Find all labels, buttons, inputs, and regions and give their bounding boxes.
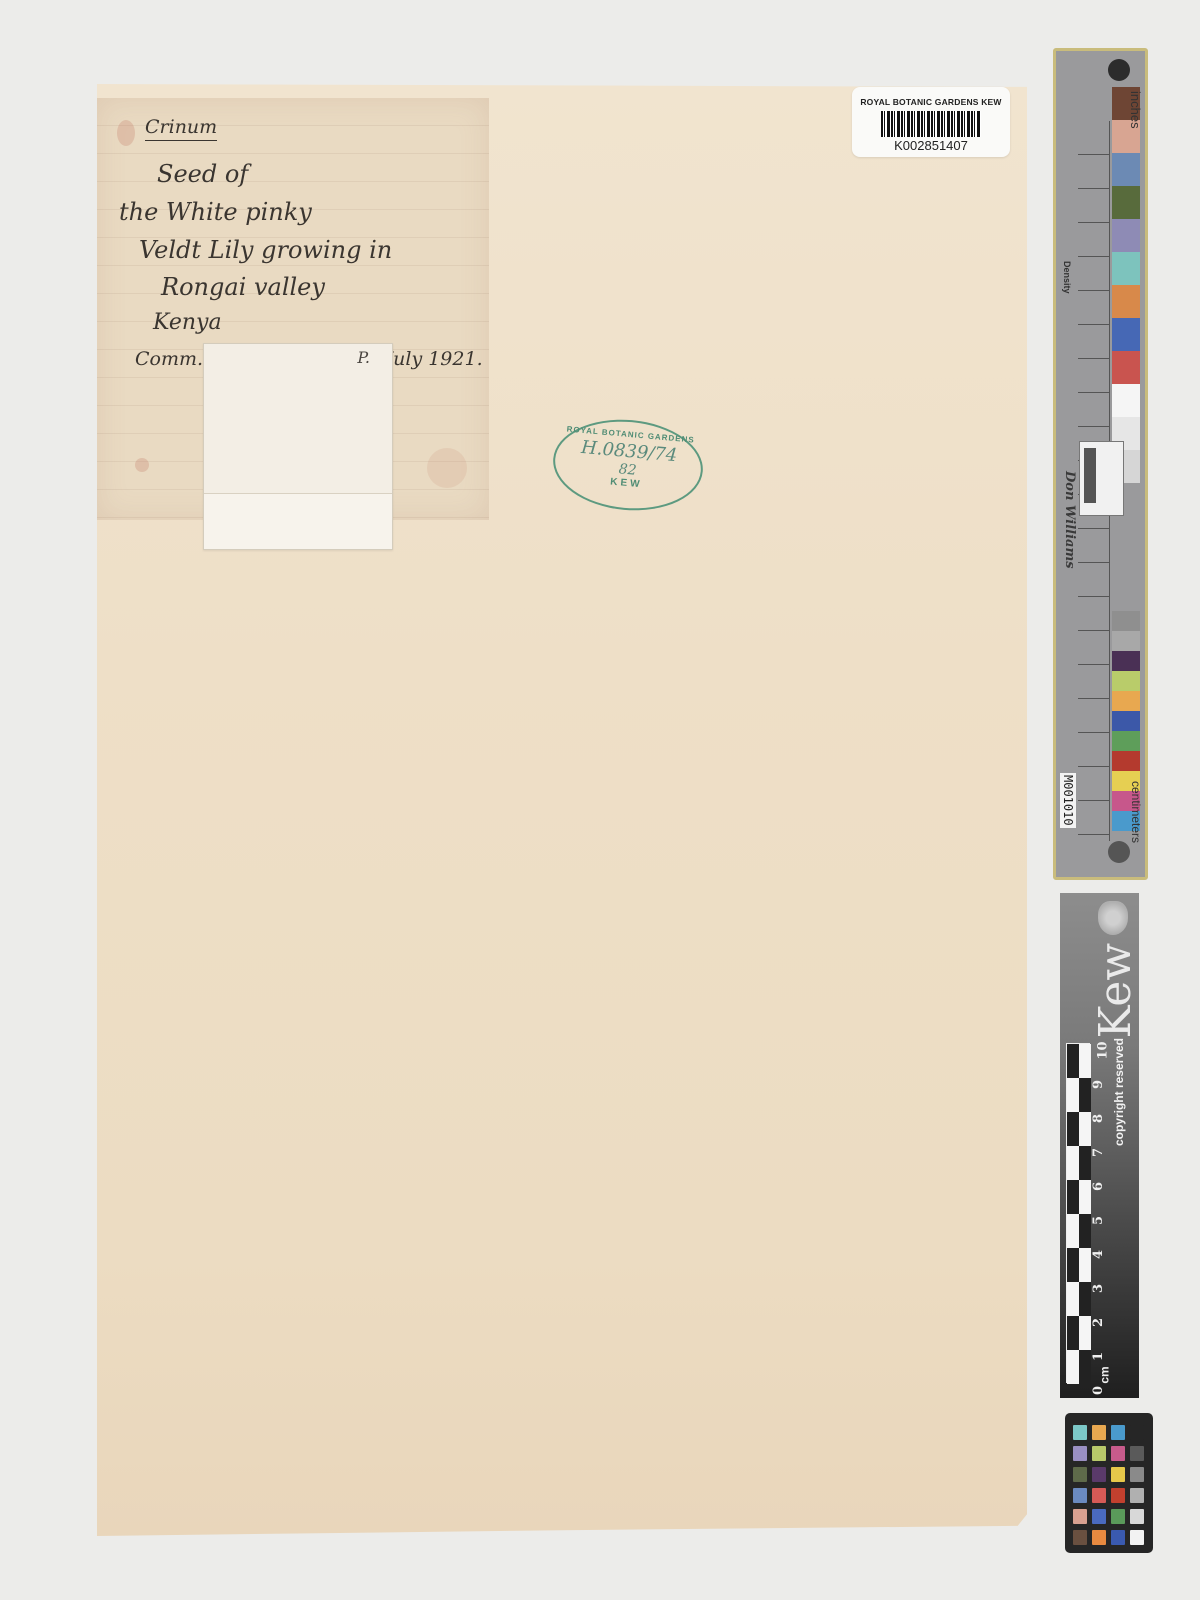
color-patch (1092, 1509, 1106, 1524)
ruler-hole-icon (1108, 59, 1130, 81)
color-swatch (1112, 631, 1140, 651)
color-patch (1092, 1488, 1106, 1503)
color-patch (1073, 1446, 1087, 1461)
scale-cell (1067, 1112, 1079, 1146)
scale-tick-label: 1 (1091, 1352, 1106, 1361)
kew-scale-bar: Kew copyright reserved 012345678910 cm (1060, 893, 1139, 1398)
scale-cell (1067, 1180, 1079, 1214)
scale-tick-labels: 012345678910 (1094, 1043, 1112, 1388)
packet-mark: P. (357, 348, 370, 367)
note-genus: Crinum (145, 116, 217, 141)
scale-cell (1067, 1282, 1079, 1316)
color-swatch (1112, 731, 1140, 751)
color-patch (1130, 1488, 1144, 1503)
top-color-swatches (1112, 87, 1140, 483)
color-patch (1073, 1488, 1087, 1503)
scale-tick-label: 10 (1096, 1041, 1111, 1059)
scale-cell (1079, 1282, 1091, 1316)
color-patch (1111, 1467, 1125, 1482)
color-patch (1130, 1446, 1144, 1461)
color-swatch (1112, 252, 1140, 285)
scale-cell (1067, 1248, 1079, 1282)
ruler-hole-icon (1108, 841, 1130, 863)
scale-cell (1079, 1078, 1091, 1112)
stain-mark (427, 448, 467, 488)
color-swatch (1112, 711, 1140, 731)
color-patch (1130, 1467, 1144, 1482)
scale-checkerboard (1066, 1043, 1090, 1383)
kew-logo: Kew (1090, 943, 1141, 1038)
color-swatch (1112, 153, 1140, 186)
color-patch (1092, 1425, 1106, 1440)
scale-cell (1067, 1214, 1079, 1248)
scale-tick-label: 5 (1091, 1216, 1106, 1225)
color-patch (1130, 1509, 1144, 1524)
color-patch (1073, 1530, 1087, 1545)
scale-cell (1079, 1112, 1091, 1146)
packet-flap[interactable] (204, 493, 392, 549)
scale-cell (1067, 1044, 1079, 1078)
scale-cell (1079, 1350, 1091, 1384)
ruler-brand: Don Williams (1062, 471, 1077, 569)
scale-tick-label: 9 (1091, 1080, 1106, 1089)
color-swatch (1112, 671, 1140, 691)
barcode-label: ROYAL BOTANIC GARDENS KEW K002851407 (852, 87, 1010, 157)
note-line: Seed of (157, 160, 248, 188)
note-line: Rongai valley (161, 273, 325, 301)
copyright-text: copyright reserved (1112, 1038, 1126, 1146)
scale-tick-label: 4 (1091, 1250, 1106, 1259)
color-swatch (1112, 285, 1140, 318)
color-swatch (1112, 691, 1140, 711)
scale-tick-label: 2 (1091, 1318, 1106, 1327)
note-line: Veldt Lily growing in (139, 236, 392, 264)
color-patch (1092, 1530, 1106, 1545)
institution-name: ROYAL BOTANIC GARDENS KEW (852, 97, 1010, 107)
color-swatch (1112, 318, 1140, 351)
color-ruler: inches Density Don Williams M001010 cent… (1053, 48, 1148, 880)
gray-reference-patch (1079, 441, 1124, 516)
color-swatch (1112, 651, 1140, 671)
scale-cell (1079, 1214, 1091, 1248)
color-patch (1111, 1488, 1125, 1503)
scale-cell (1067, 1078, 1079, 1112)
scale-cell (1067, 1146, 1079, 1180)
scale-cell (1079, 1180, 1091, 1214)
note-line: Kenya (153, 310, 222, 335)
color-patch (1111, 1425, 1125, 1440)
seed-packet[interactable]: P. (203, 343, 393, 550)
stain-mark (117, 120, 135, 146)
note-line: the White pinky (119, 198, 312, 226)
color-checker-card (1065, 1413, 1153, 1553)
color-swatch (1112, 219, 1140, 252)
color-patch (1130, 1530, 1144, 1545)
color-patch (1130, 1425, 1144, 1440)
scale-tick-label: 7 (1091, 1148, 1106, 1157)
unit-label: cm (1098, 1366, 1112, 1383)
crest-icon (1098, 901, 1128, 935)
scale-tick-label: 8 (1091, 1114, 1106, 1123)
scale-cell (1079, 1316, 1091, 1350)
color-patch (1073, 1509, 1087, 1524)
stain-mark (135, 458, 149, 472)
color-swatch (1112, 186, 1140, 219)
scale-cell (1079, 1044, 1091, 1078)
color-patch (1111, 1446, 1125, 1461)
scale-cell (1079, 1248, 1091, 1282)
color-patch (1092, 1467, 1106, 1482)
color-patch (1073, 1425, 1087, 1440)
ruler-serial: M001010 (1060, 773, 1076, 828)
scale-cell (1079, 1146, 1091, 1180)
barcode-icon (881, 111, 981, 137)
scale-cell (1067, 1350, 1079, 1384)
scale-tick-label: 6 (1091, 1182, 1106, 1191)
color-patch (1111, 1509, 1125, 1524)
centimeters-label: centimeters (1129, 781, 1143, 843)
scale-cell (1067, 1316, 1079, 1350)
color-patch (1092, 1446, 1106, 1461)
color-swatch (1112, 611, 1140, 631)
color-swatch (1112, 351, 1140, 384)
inches-label: inches (1128, 91, 1143, 129)
barcode-number: K002851407 (852, 138, 1010, 153)
copyright-notice: copyright reserved (1112, 1038, 1126, 1146)
density-label: Density (1062, 261, 1072, 294)
color-swatch (1112, 384, 1140, 417)
color-swatch (1112, 751, 1140, 771)
scale-tick-label: 0 (1091, 1386, 1106, 1395)
color-patch (1073, 1467, 1087, 1482)
color-patch (1111, 1530, 1125, 1545)
scale-tick-label: 3 (1091, 1284, 1106, 1293)
